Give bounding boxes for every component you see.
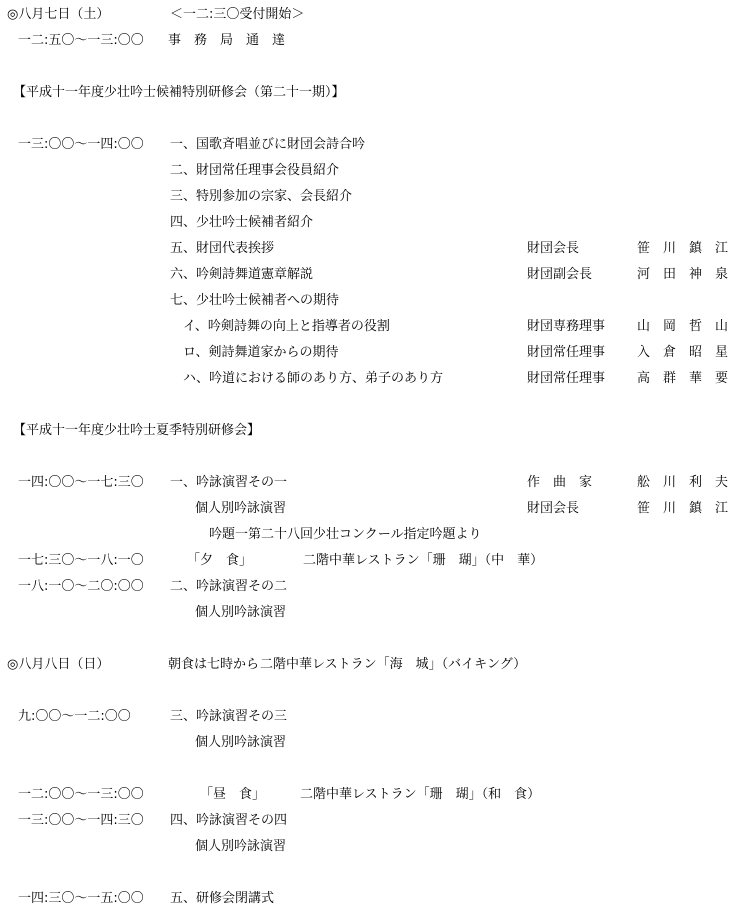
schedule-line: 四、少壮吟士候補者紹介 [0, 210, 733, 236]
agenda-subitem-text: イ、吟剣詩舞の向上と指導者の役割 [183, 314, 390, 340]
section-title: 【平成十一年度少壮吟士夏季特別研修会】 [13, 418, 260, 444]
person-name-cell: 笹 川 鎮 江 [637, 236, 728, 262]
person-name-cell: 舩 川 利 夫 [637, 470, 728, 496]
person-name-cell: 笹 川 鎮 江 [637, 496, 728, 522]
meal-line: 一七:三〇～一八:一〇 「夕 食」 二階中華レストラン「珊 瑚」（中 華） [0, 548, 733, 574]
schedule-line: 一八:一〇～二〇:〇〇 二、吟詠演習その二 [0, 574, 733, 600]
section-title: 【平成十一年度少壮吟士候補特別研修会（第二十一期）】 [13, 80, 345, 106]
schedule-line: 一四:〇〇～一七:三〇 一、吟詠演習その一 作 曲 家 舩 川 利 夫 [0, 470, 733, 496]
person-name-cell: 河 田 神 泉 [637, 262, 728, 288]
time-cell: 一四:〇〇～一七:三〇 [18, 470, 144, 496]
role-cell: 財団専務理事 [527, 314, 605, 340]
agenda-text: 三、特別参加の宗家、会長紹介 [170, 184, 352, 210]
agenda-text: 個人別吟詠演習 [195, 496, 286, 522]
date-heading-day1: ◎八月七日（土） [7, 2, 109, 28]
meal-line: 一二:〇〇～一三:〇〇 「昼 食」 二階中華レストラン「珊 瑚」（和 食） [0, 782, 733, 808]
agenda-text: 六、吟剣詩舞道憲章解説 [170, 262, 313, 288]
role-cell: 財団常任理事 [527, 340, 605, 366]
schedule-line: 九:〇〇～一二:〇〇 三、吟詠演習その三 [0, 704, 733, 730]
schedule-line: 一三:〇〇～一四:三〇 四、吟詠演習その四 [0, 808, 733, 834]
time-cell: 一三:〇〇～一四:〇〇 [18, 132, 144, 158]
reception-start-note: ＜一二:三〇受付開始＞ [170, 2, 304, 28]
agenda-text: 七、少壮吟士候補者への期待 [170, 288, 339, 314]
day1-header-line: ◎八月七日（土） ＜一二:三〇受付開始＞ [0, 2, 733, 28]
agenda-text: 個人別吟詠演習 [195, 600, 286, 626]
agenda-subitem-text: ハ、吟道における師のあり方、弟子のあり方 [183, 366, 443, 392]
agenda-text: 個人別吟詠演習 [195, 834, 286, 860]
agenda-subitem-text: ロ、剣詩舞道家からの期待 [183, 340, 338, 366]
schedule-line: 個人別吟詠演習 [0, 730, 733, 756]
person-name-cell: 山 岡 哲 山 [637, 314, 728, 340]
agenda-text: 一、国歌斉唱並びに財団会詩合吟 [170, 132, 365, 158]
person-name-cell: 入 倉 昭 星 [637, 340, 728, 366]
schedule-subline: ロ、剣詩舞道家からの期待 財団常任理事 入 倉 昭 星 [0, 340, 733, 366]
time-cell: 一八:一〇～二〇:〇〇 [18, 574, 144, 600]
agenda-text: 事 務 局 通 達 [168, 28, 285, 54]
schedule-line: 二、財団常任理事会役員紹介 [0, 158, 733, 184]
role-cell: 財団会長 [527, 496, 579, 522]
agenda-text: 一、吟詠演習その一 [170, 470, 287, 496]
time-cell: 一七:三〇～一八:一〇 [18, 548, 144, 574]
agenda-text: 四、吟詠演習その四 [170, 808, 287, 834]
schedule-line: 一二:五〇～一三:〇〇 事 務 局 通 達 [0, 28, 733, 54]
role-cell: 財団会長 [527, 236, 579, 262]
schedule-line: 個人別吟詠演習 [0, 600, 733, 626]
schedule-document: ◎八月七日（土） ＜一二:三〇受付開始＞ 一二:五〇～一三:〇〇 事 務 局 通… [0, 0, 733, 917]
breakfast-note: 朝食は七時から [168, 652, 259, 678]
venue-label: 二階中華レストラン「珊 瑚」（中 華） [303, 548, 543, 574]
agenda-text: 個人別吟詠演習 [195, 730, 286, 756]
section2-title-line: 【平成十一年度少壮吟士夏季特別研修会】 [0, 418, 733, 444]
agenda-text: 三、吟詠演習その三 [170, 704, 287, 730]
agenda-text: 二、吟詠演習その二 [170, 574, 287, 600]
time-cell: 一二:〇〇～一三:〇〇 [18, 782, 144, 808]
day2-header-line: ◎八月八日（日） 朝食は七時から 二階中華レストラン「海 城」（バイキング） [0, 652, 733, 678]
schedule-line: 個人別吟詠演習 財団会長 笹 川 鎮 江 [0, 496, 733, 522]
schedule-line: 三、特別参加の宗家、会長紹介 [0, 184, 733, 210]
venue-label: 二階中華レストラン「海 城」（バイキング） [260, 652, 526, 678]
time-cell: 一四:三〇～一五:〇〇 [18, 886, 144, 912]
schedule-subline: イ、吟剣詩舞の向上と指導者の役割 財団専務理事 山 岡 哲 山 [0, 314, 733, 340]
schedule-line: 一四:三〇～一五:〇〇 五、研修会閉講式 [0, 886, 733, 912]
role-cell: 財団常任理事 [527, 366, 605, 392]
schedule-line: 七、少壮吟士候補者への期待 [0, 288, 733, 314]
song-selection-note: 吟題一第二十八回少壮コンクール指定吟題より [209, 522, 481, 548]
agenda-text: 四、少壮吟士候補者紹介 [170, 210, 313, 236]
agenda-text: 五、研修会閉講式 [170, 886, 274, 912]
section1-title-line: 【平成十一年度少壮吟士候補特別研修会（第二十一期）】 [0, 80, 733, 106]
role-cell: 財団副会長 [527, 262, 592, 288]
schedule-line: 六、吟剣詩舞道憲章解説 財団副会長 河 田 神 泉 [0, 262, 733, 288]
meal-label: 「夕 食」 [187, 548, 252, 574]
date-heading-day2: ◎八月八日（日） [7, 652, 109, 678]
venue-label: 二階中華レストラン「珊 瑚」（和 食） [300, 782, 540, 808]
person-name-cell: 高 群 華 要 [637, 366, 728, 392]
schedule-subline: ハ、吟道における師のあり方、弟子のあり方 財団常任理事 高 群 華 要 [0, 366, 733, 392]
schedule-line: 一三:〇〇～一四:〇〇 一、国歌斉唱並びに財団会詩合吟 [0, 132, 733, 158]
agenda-text: 五、財団代表挨拶 [170, 236, 274, 262]
schedule-line: 五、財団代表挨拶 財団会長 笹 川 鎮 江 [0, 236, 733, 262]
time-cell: 一三:〇〇～一四:三〇 [18, 808, 144, 834]
role-cell: 作 曲 家 [527, 470, 592, 496]
schedule-line: 個人別吟詠演習 [0, 834, 733, 860]
note-line: 吟題一第二十八回少壮コンクール指定吟題より [0, 522, 733, 548]
meal-label: 「昼 食」 [200, 782, 265, 808]
agenda-text: 二、財団常任理事会役員紹介 [170, 158, 339, 184]
time-cell: 一二:五〇～一三:〇〇 [18, 28, 144, 54]
time-cell: 九:〇〇～一二:〇〇 [18, 704, 131, 730]
